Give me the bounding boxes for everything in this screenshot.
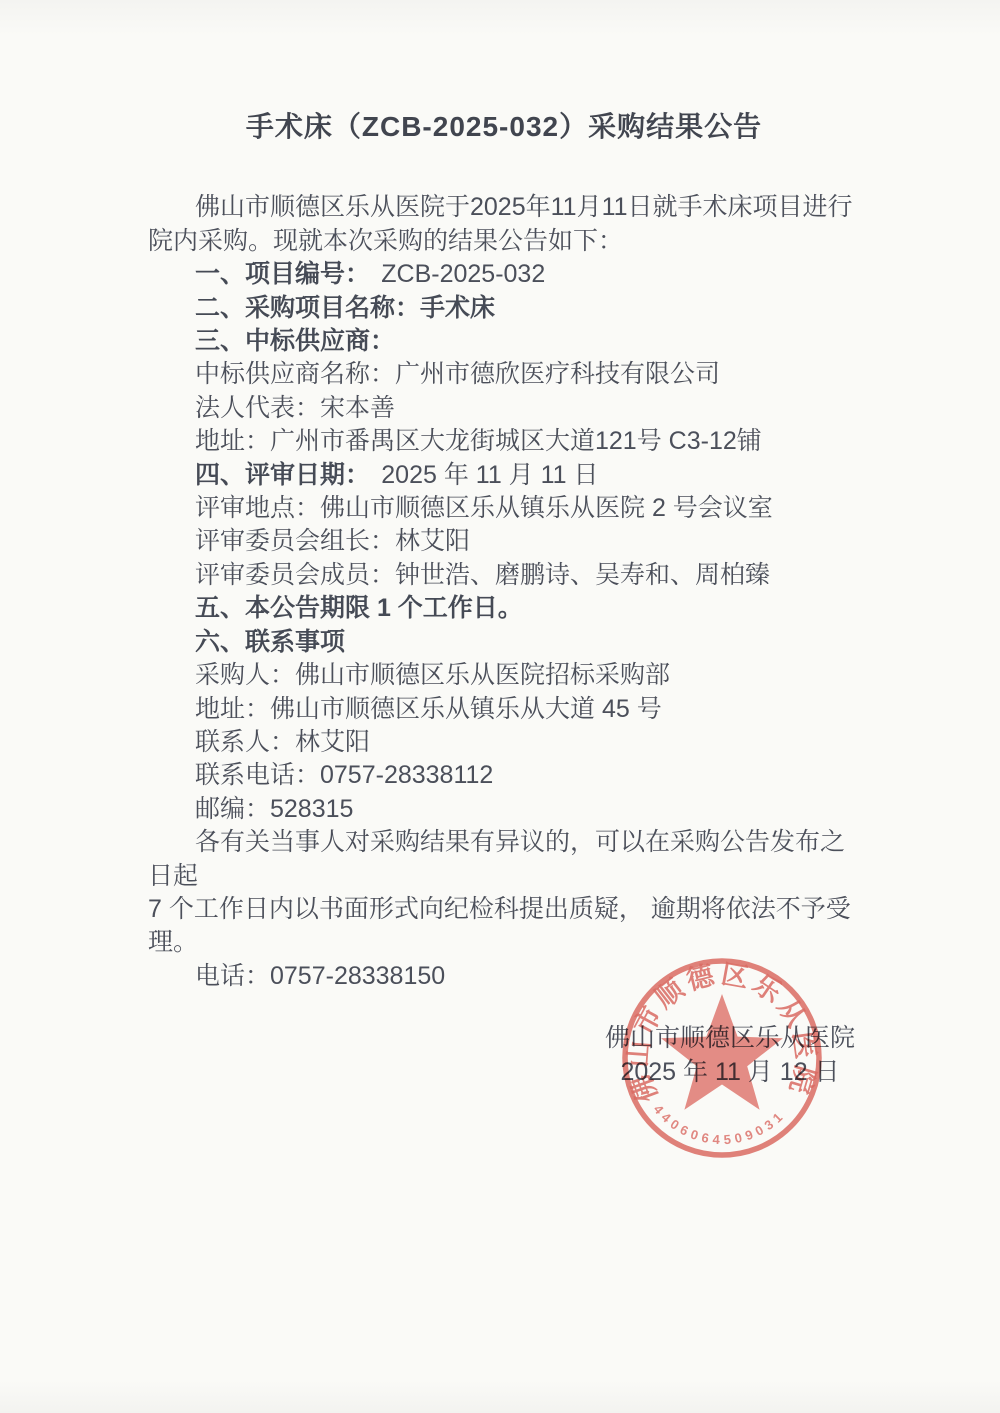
announcement-body: 手术床（ZCB-2025-032）采购结果公告 佛山市顺德区乐从医院于2025年…: [148, 110, 860, 993]
item-review-date-label: 四、评审日期：: [195, 461, 370, 489]
item-announcement-period: 五、本公告期限 1 个工作日。: [148, 592, 860, 625]
supplier-name-line: 中标供应商名称：广州市德欣医疗科技有限公司: [148, 358, 860, 391]
page-title: 手术床（ZCB-2025-032）采购结果公告: [148, 110, 860, 143]
item-review-date: 四、评审日期：2025 年 11 月 11 日: [148, 459, 860, 492]
review-place-line: 评审地点：佛山市顺德区乐从镇乐从医院 2 号会议室: [148, 492, 860, 525]
scanned-page: 手术床（ZCB-2025-032）采购结果公告 佛山市顺德区乐从医院于2025年…: [0, 0, 1000, 1413]
intro-line-2: 院内采购。现就本次采购的结果公告如下：: [148, 227, 623, 255]
item-winning-supplier: 三、中标供应商：: [148, 325, 860, 358]
supplier-address-line: 地址：广州市番禺区大龙街城区大道121号 C3-12铺: [148, 425, 860, 458]
committee-leader-line: 评审委员会组长：林艾阳: [148, 525, 860, 558]
official-seal-stamp-icon: 佛山市顺德区乐从医院 4406064509031: [612, 946, 832, 1166]
item-project-number-label: 一、项目编号：: [195, 260, 370, 288]
contact-person-line: 联系人：林艾阳: [148, 726, 860, 759]
item-contact-matters: 六、联系事项: [148, 626, 860, 659]
item-project-name: 二、采购项目名称：手术床: [148, 292, 860, 325]
intro-line-1: 佛山市顺德区乐从医院于2025年11月11日就手术床项目进行: [195, 193, 853, 221]
seal-star-icon: [661, 994, 783, 1110]
contact-phone-line: 联系电话：0757-28338112: [148, 759, 860, 792]
item-project-number-value: ZCB-2025-032: [381, 260, 545, 288]
postal-code-line: 邮编：528315: [148, 793, 860, 826]
legal-rep-line: 法人代表：宋本善: [148, 392, 860, 425]
committee-members-line: 评审委员会成员：钟世浩、磨鹏诗、吴寿和、周柏臻: [148, 559, 860, 592]
objection-paragraph: 各有关当事人对采购结果有异议的，可以在采购公告发布之日起7 个工作日内以书面形式…: [148, 826, 860, 960]
purchaser-line: 采购人：佛山市顺德区乐从医院招标采购部: [148, 659, 860, 692]
item-review-date-value: 2025 年 11 月 11 日: [381, 461, 598, 489]
item-project-number: 一、项目编号：ZCB-2025-032: [148, 258, 860, 291]
intro-paragraph: 佛山市顺德区乐从医院于2025年11月11日就手术床项目进行院内采购。现就本次采…: [148, 191, 860, 258]
contact-address-line: 地址：佛山市顺德区乐从镇乐从大道 45 号: [148, 693, 860, 726]
objection-line-1: 各有关当事人对采购结果有异议的，可以在采购公告发布之日起: [148, 828, 845, 889]
